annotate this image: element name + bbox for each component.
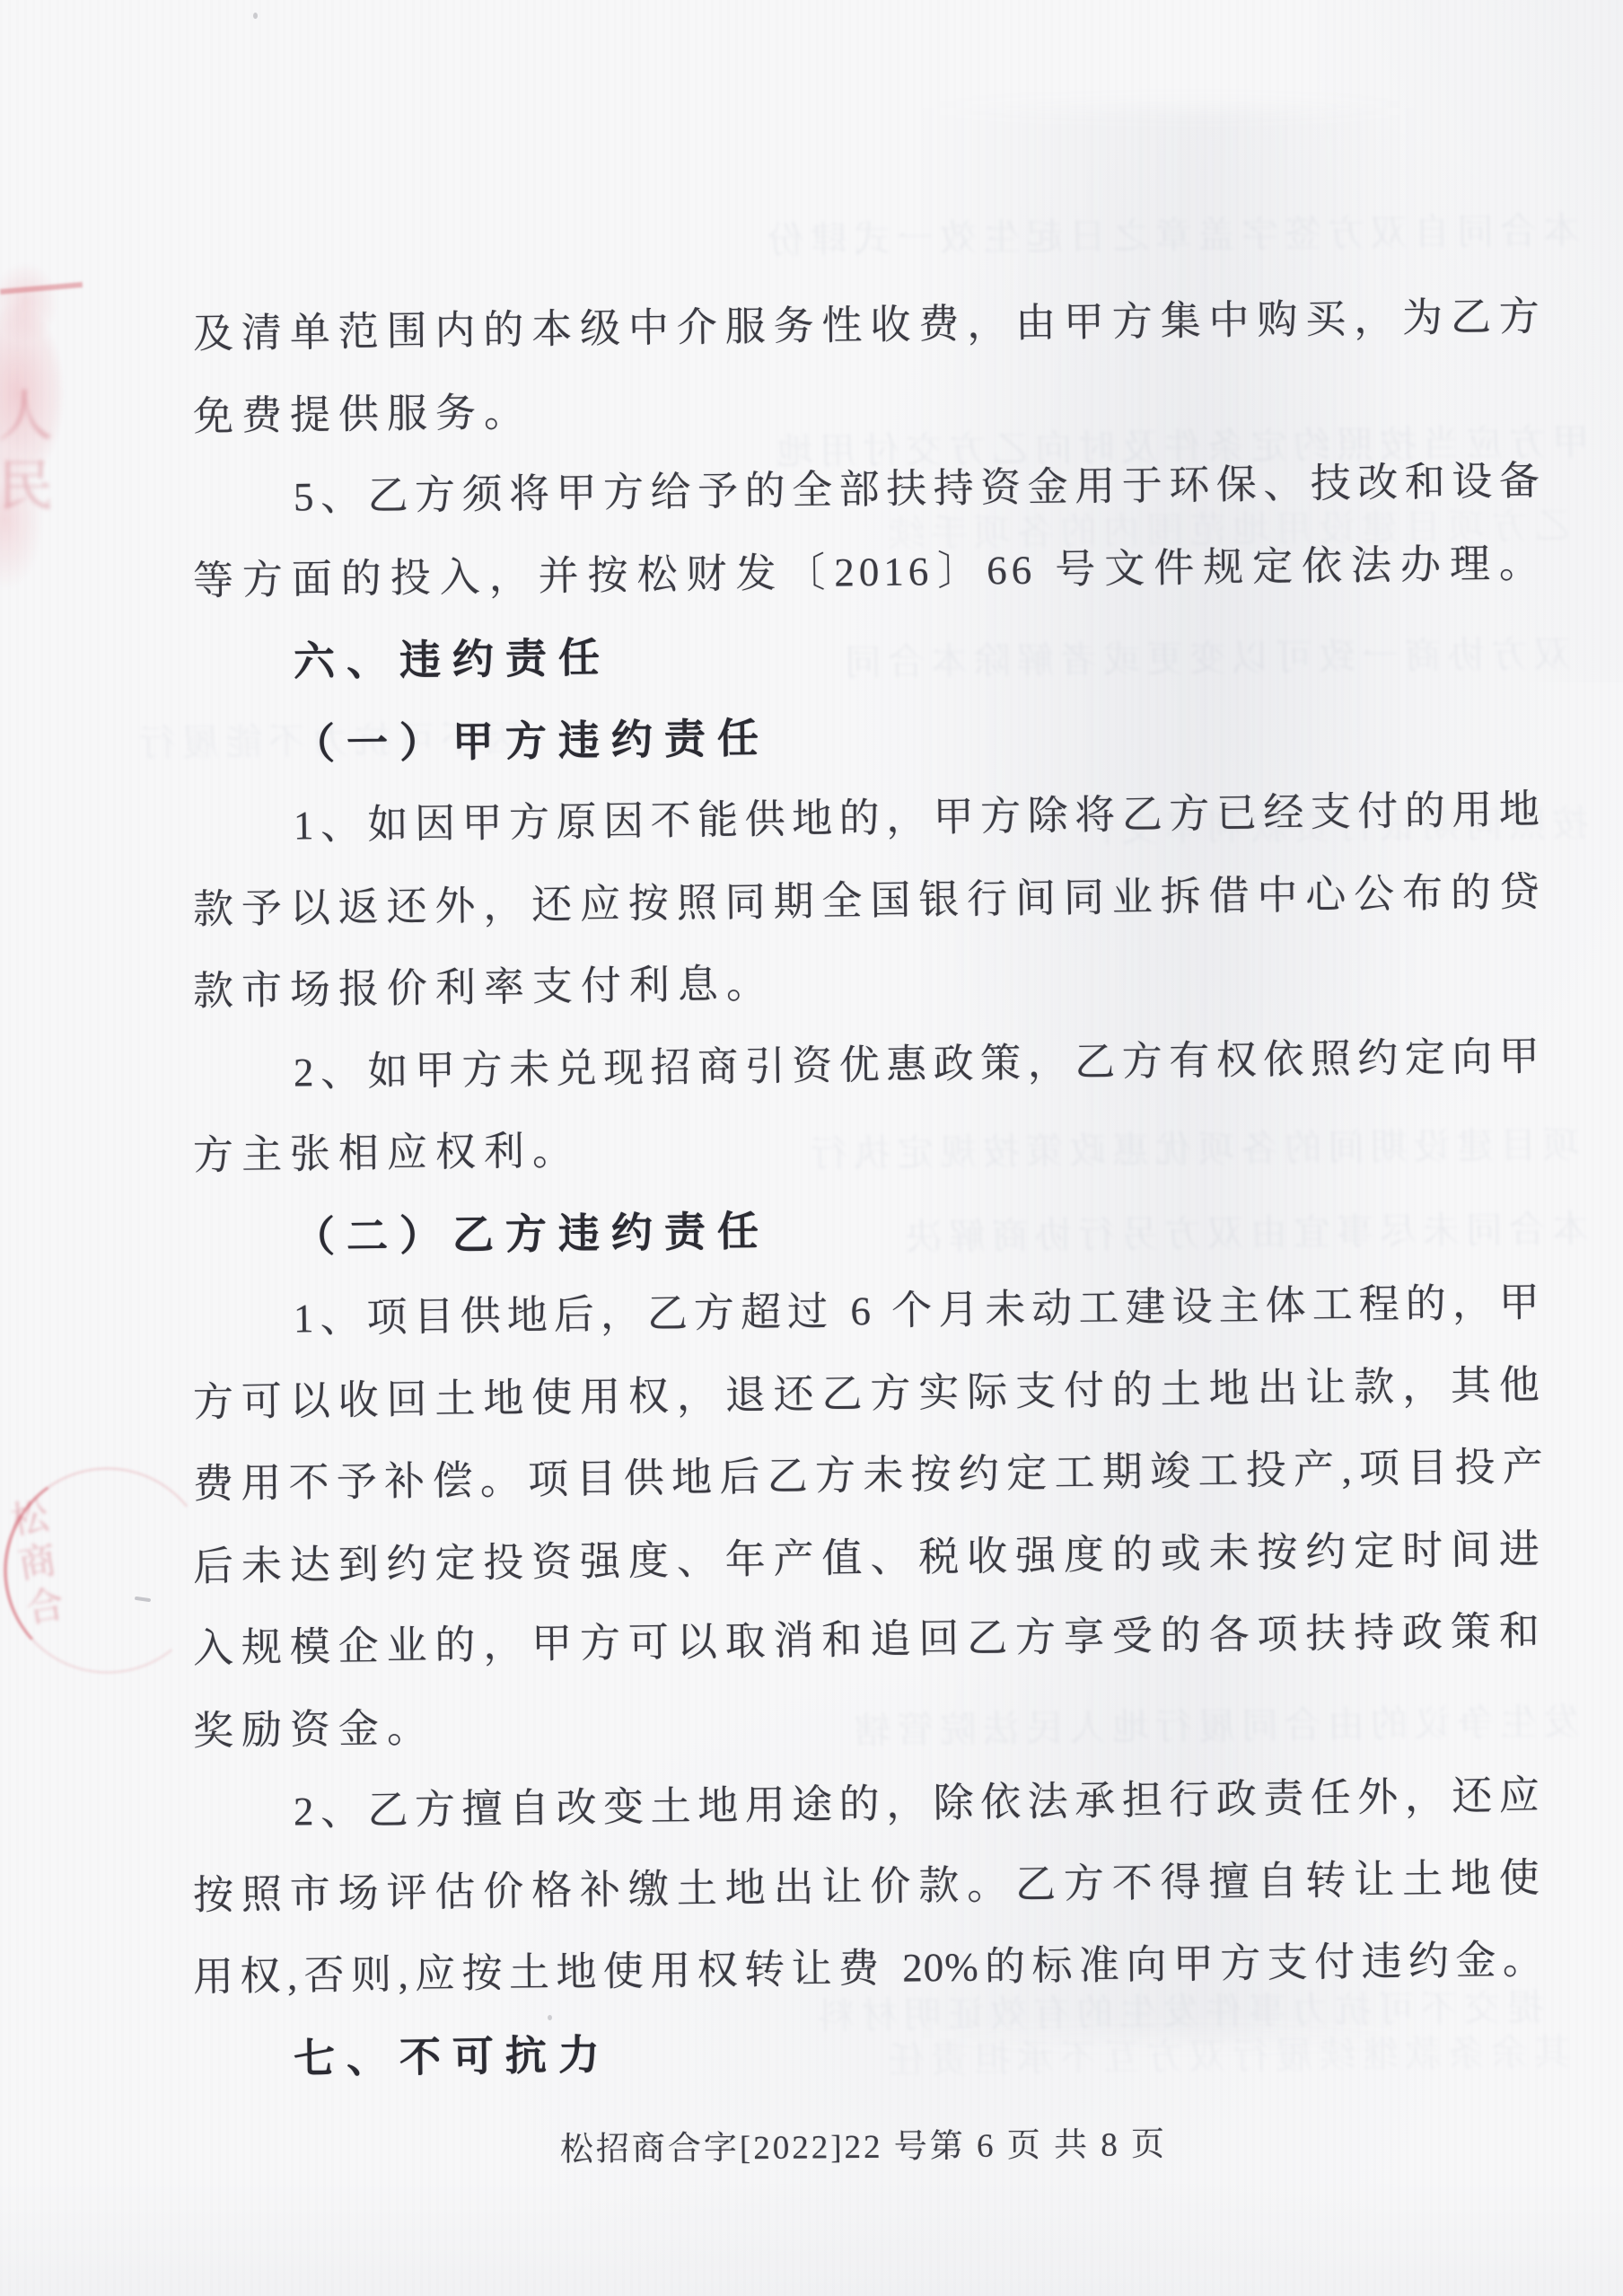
section-heading: 七、不可抗力 <box>192 2001 1544 2101</box>
document-page: 本合同自双方签字盖章之日起生效一式肆份 甲方应当按照约定条件及时向乙方交付用地 … <box>0 0 1623 2296</box>
scan-shadow-bottom <box>0 2179 1623 2296</box>
stray-mark <box>253 13 258 19</box>
bleedthrough-line: 本合同自双方签字盖章之日起生效一式肆份 <box>323 203 1581 272</box>
stray-mark <box>548 2015 552 2020</box>
red-stamp-top-left: 人民 <box>0 260 111 611</box>
red-stamp-top-left-text: 人民 <box>0 386 60 526</box>
page-footer: 松招商合字[2022]22 号第 6 页 共 8 页 <box>52 2105 1623 2191</box>
